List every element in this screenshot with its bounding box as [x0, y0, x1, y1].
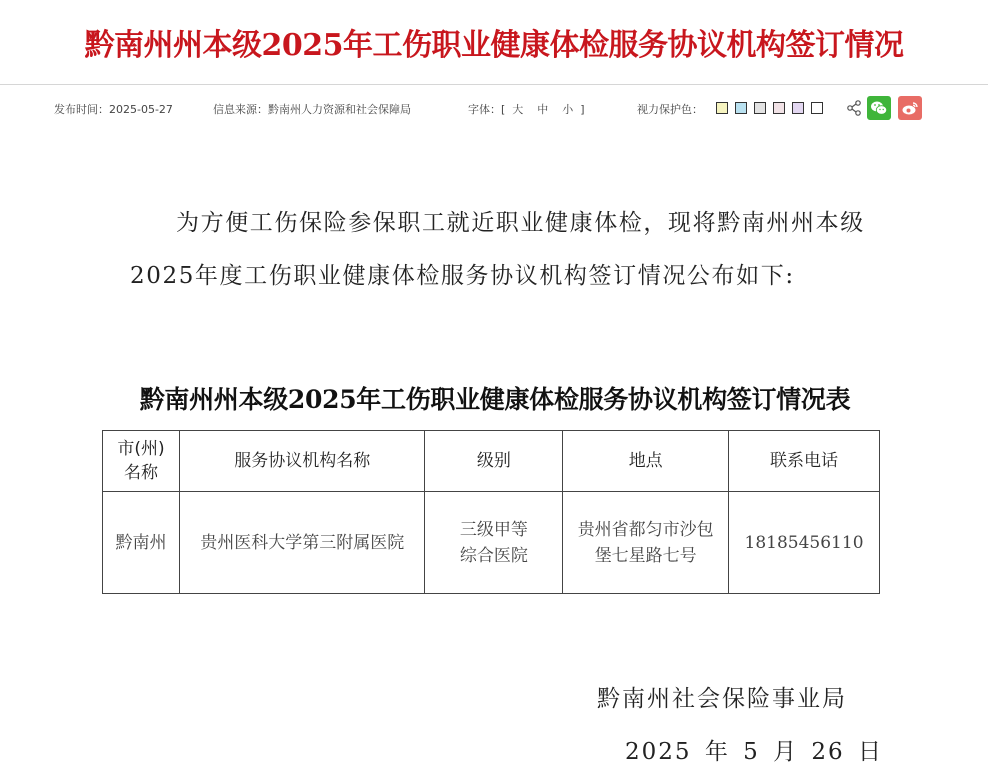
cell-location: 贵州省都匀市沙包堡七星路七号 — [563, 492, 729, 594]
cell-phone: 18185456110 — [729, 492, 880, 594]
swatch-gray[interactable] — [754, 102, 766, 114]
publish-date: 发布时间：2025-05-27 — [54, 101, 173, 117]
font-size-selector: 字体：[大中小] — [468, 101, 585, 117]
header-location: 地点 — [563, 431, 729, 492]
font-size-small[interactable]: 小 — [562, 103, 573, 116]
cell-institution: 贵州医科大学第三附属医院 — [179, 492, 425, 594]
header-institution: 服务协议机构名称 — [179, 431, 425, 492]
swatch-yellow[interactable] — [716, 102, 728, 114]
publish-date-value: 2025-05-27 — [109, 103, 173, 116]
cell-level: 三级甲等综合医院 — [425, 492, 563, 594]
table-header-row: 市(州)名称 服务协议机构名称 级别 地点 联系电话 — [103, 431, 880, 492]
intro-paragraph: 为方便工伤保险参保职工就近职业健康体检，现将黔南州州本级2025年度工伤职业健康… — [130, 197, 865, 303]
bracket-close: ] — [580, 103, 584, 116]
swatch-blue[interactable] — [735, 102, 747, 114]
swatch-purple[interactable] — [792, 102, 804, 114]
publish-date-label: 发布时间： — [54, 103, 109, 116]
agreement-table: 市(州)名称 服务协议机构名称 级别 地点 联系电话 黔南州 贵州医科大学第三附… — [102, 430, 880, 594]
table-title: 黔南州州本级2025年工伤职业健康体检服务协议机构签订情况表 — [100, 380, 890, 416]
bracket-open: [ — [501, 103, 505, 116]
eye-protection-label: 视力保护色： — [637, 101, 703, 117]
table-row: 黔南州 贵州医科大学第三附属医院 三级甲等综合医院 贵州省都匀市沙包堡七星路七号… — [103, 492, 880, 594]
info-source-value: 黔南州人力资源和社会保障局 — [268, 103, 411, 116]
info-source: 信息来源：黔南州人力资源和社会保障局 — [213, 101, 411, 117]
swatch-white[interactable] — [811, 102, 823, 114]
wechat-share-button[interactable] — [867, 96, 891, 120]
signature-date: 2025 年 5 月 26 日 — [625, 733, 883, 766]
eye-protection-swatches — [716, 102, 823, 114]
font-size-label: 字体： — [468, 103, 501, 116]
page-title: 黔南州州本级2025年工伤职业健康体检服务协议机构签订情况 — [0, 22, 988, 70]
share-icon[interactable] — [846, 100, 862, 116]
signature-organization: 黔南州社会保险事业局 — [597, 680, 847, 713]
wechat-icon — [870, 100, 888, 116]
header-city: 市(州)名称 — [103, 431, 180, 492]
cell-city: 黔南州 — [103, 492, 180, 594]
header-phone: 联系电话 — [729, 431, 880, 492]
weibo-share-button[interactable] — [898, 96, 922, 120]
header-level: 级别 — [425, 431, 563, 492]
font-size-large[interactable]: 大 — [512, 103, 523, 116]
font-size-medium[interactable]: 中 — [537, 103, 548, 116]
info-source-label: 信息来源： — [213, 103, 268, 116]
weibo-icon — [901, 100, 919, 116]
title-divider — [0, 84, 988, 85]
swatch-pink[interactable] — [773, 102, 785, 114]
article-meta-bar: 发布时间：2025-05-27 信息来源：黔南州人力资源和社会保障局 字体：[大… — [0, 96, 988, 122]
